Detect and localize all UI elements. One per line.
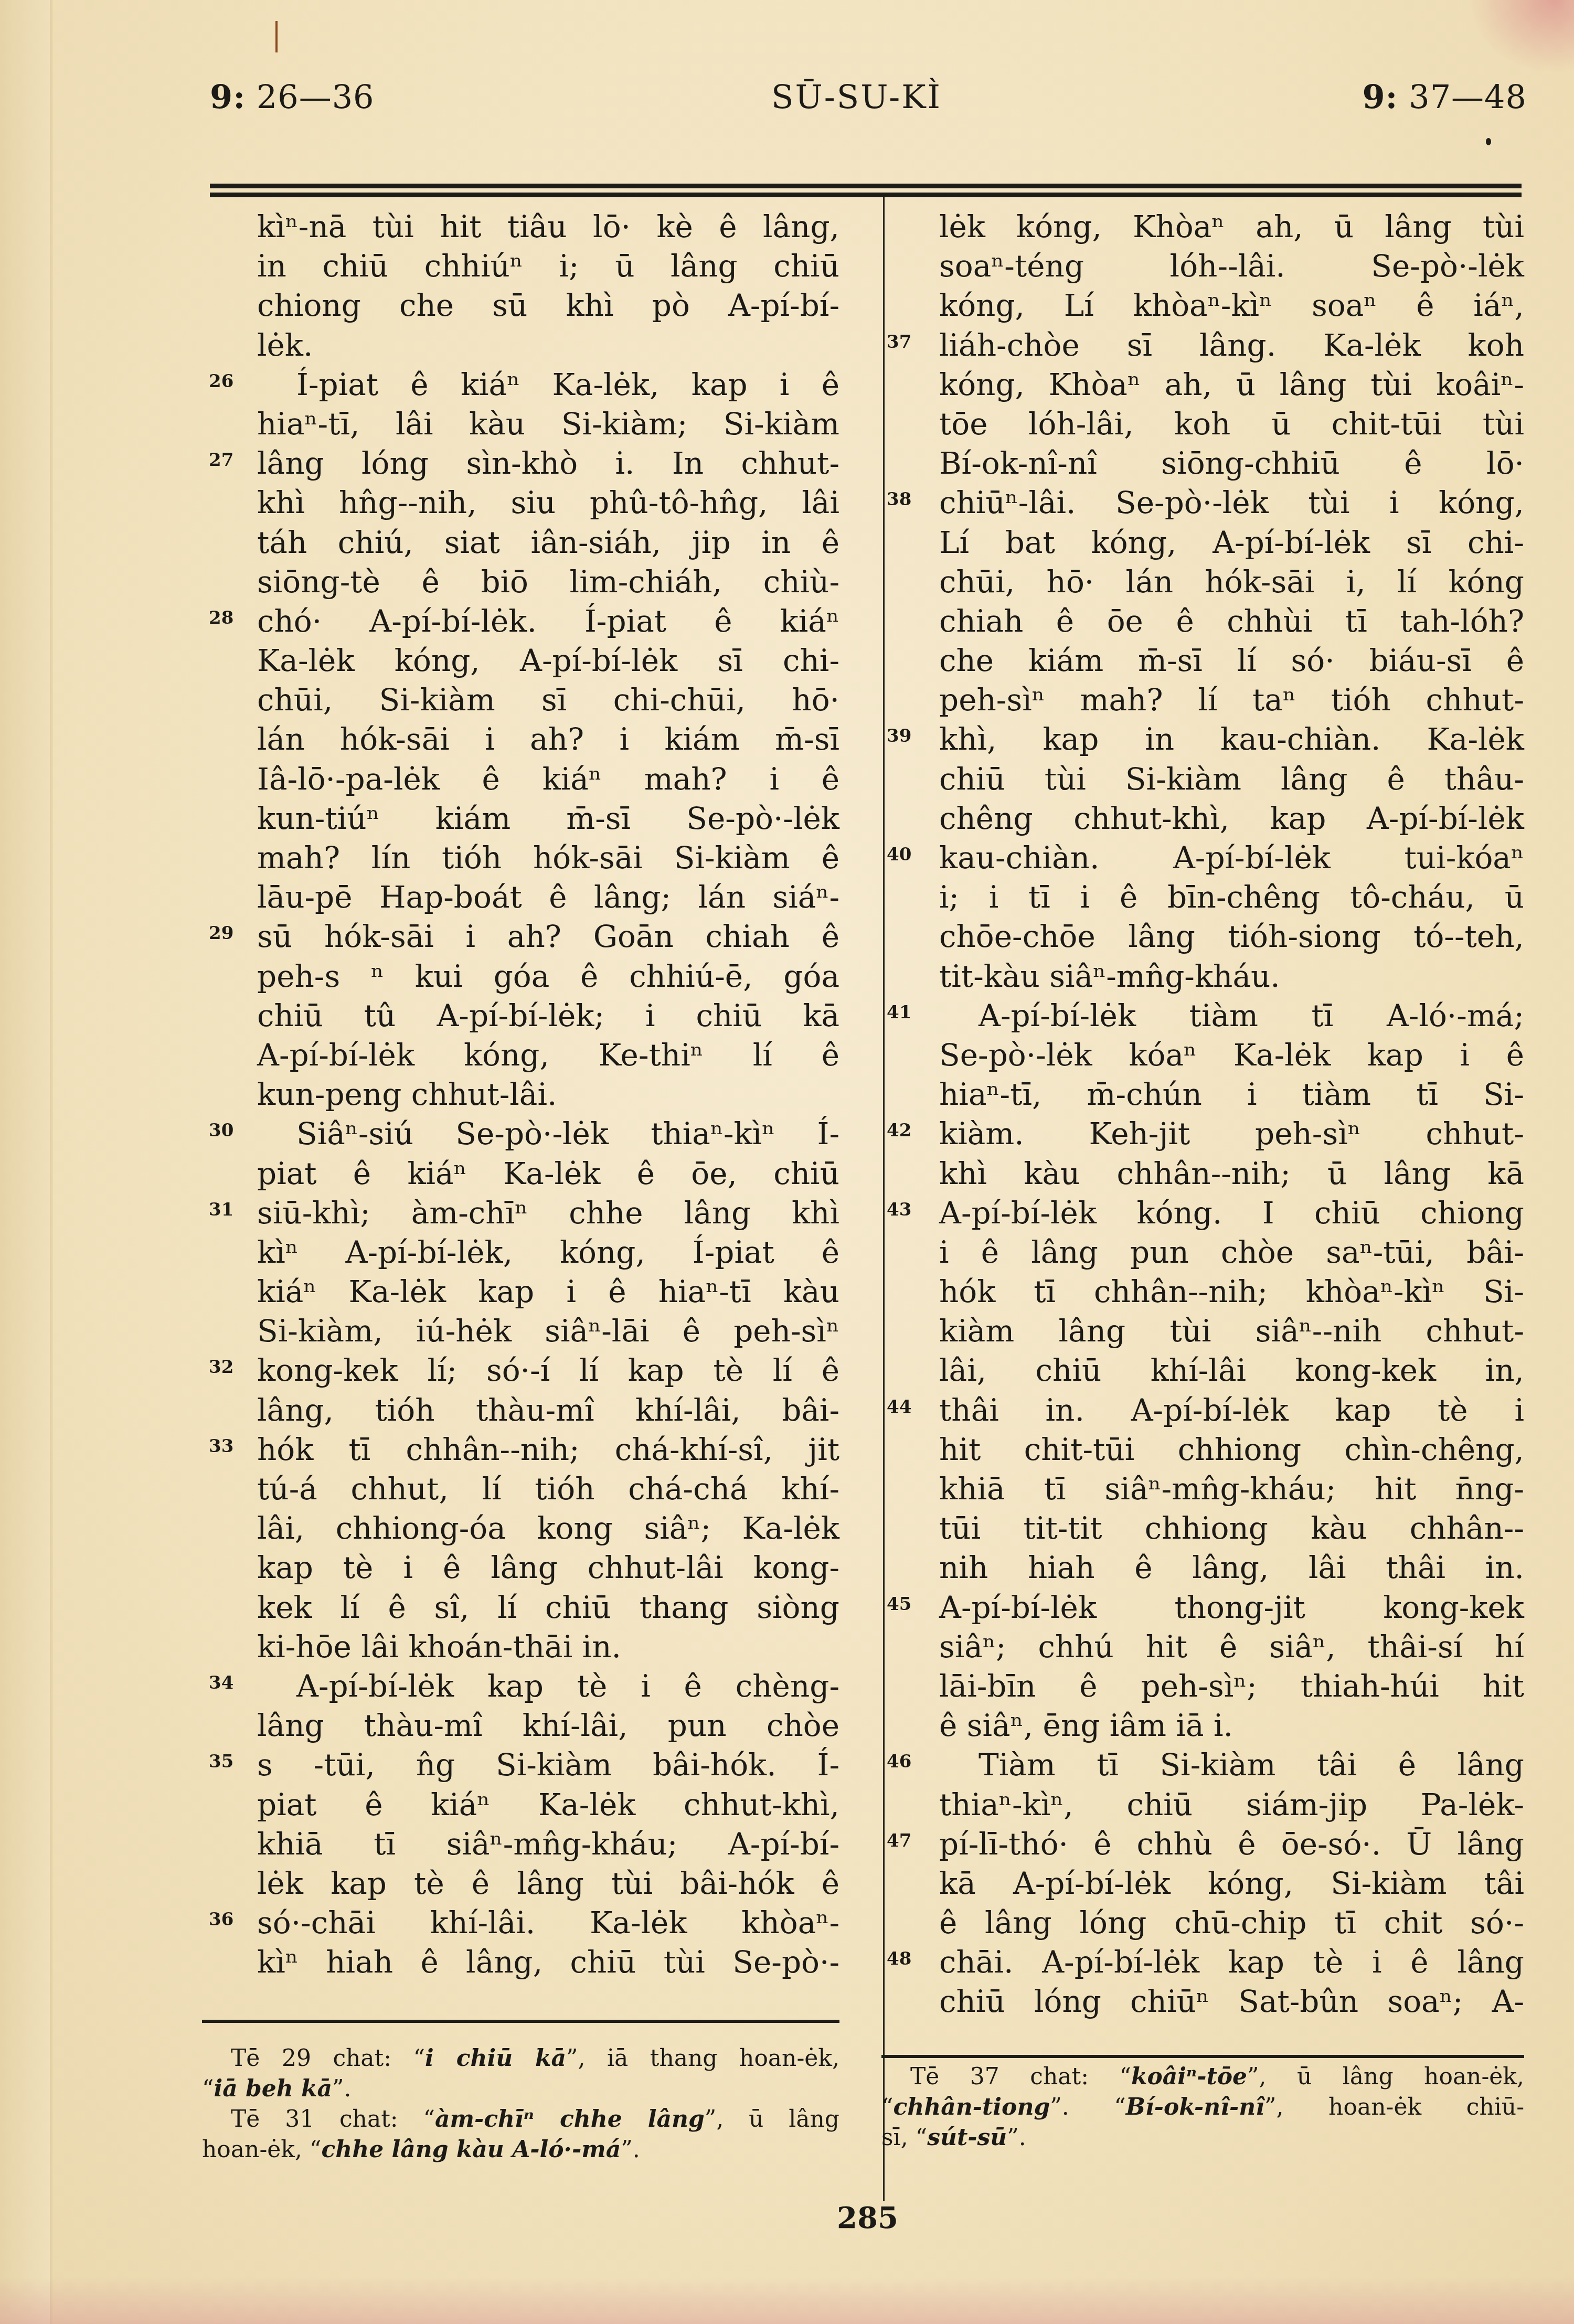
text-line: hit chit-tūi chhiong chìn-chêng, bbox=[939, 1430, 1524, 1469]
line-text: chōe-chōe lâng tióh-siong tó--teh, bbox=[939, 919, 1524, 954]
line-text: kā A-pí-bí-lėk kóng, Si-kiàm tâi bbox=[939, 1865, 1524, 1901]
verse-number: 40 bbox=[887, 835, 911, 875]
verse-number: 47 bbox=[887, 1821, 911, 1861]
line-text: lâng, tióh thàu-mî khí-lâi, bâi- bbox=[257, 1392, 839, 1428]
text-line: 30Siâⁿ-siú Se-pò·-lėk thiaⁿ-kìⁿ Í- bbox=[257, 1114, 839, 1154]
footnote-quote: Bí-ok-nî-nî bbox=[1126, 2094, 1264, 2120]
text-line: che kiám m̄-sī lí só· biáu-sī ê bbox=[939, 641, 1524, 680]
line-text: Si-kiàm, iú-hėk siâⁿ-lāi ê peh-sìⁿ bbox=[257, 1313, 839, 1349]
text-line: 36só·-chāi khí-lâi. Ka-lėk khòaⁿ- bbox=[257, 1903, 839, 1943]
page-number: 285 bbox=[837, 2201, 898, 2235]
verse-number: 41 bbox=[887, 993, 911, 1032]
text-line: 47pí-lī-thó· ê chhù ê ōe-só·. Ū lâng bbox=[939, 1825, 1524, 1864]
verse-number: 28 bbox=[209, 599, 233, 638]
line-text: kiáⁿ Ka-lėk kap i ê hiaⁿ-tī kàu bbox=[257, 1274, 839, 1309]
text-line: 28chó· A-pí-bí-lėk. Í-piat ê kiáⁿ bbox=[257, 602, 839, 641]
left-column: kìⁿ-nā tùi hit tiâu lō· kè ê lâng,in chi… bbox=[257, 207, 839, 1982]
footnote-text: “ bbox=[881, 2094, 894, 2120]
verse-number: 45 bbox=[887, 1585, 911, 1624]
text-line: 39khì, kap in kau-chiàn. Ka-lėk bbox=[939, 720, 1524, 759]
line-text: kiàm lâng tùi siâⁿ--nih chhut- bbox=[939, 1313, 1524, 1349]
line-text: lâi, chiū khí-lâi kong-kek in, bbox=[939, 1352, 1524, 1388]
line-text: chó· A-pí-bí-lėk. Í-piat ê kiáⁿ bbox=[257, 603, 839, 639]
line-text: kóng, Lí khòaⁿ-kìⁿ soaⁿ ê iáⁿ, bbox=[939, 287, 1524, 323]
footnote-text: sī, “ bbox=[881, 2124, 927, 2151]
text-line: lán hók-sāi i ah? i kiám m̄-sī bbox=[257, 720, 839, 759]
line-text: lâi, chhiong-óa kong siâⁿ; Ka-lėk bbox=[257, 1510, 839, 1546]
line-text: Bí-ok-nî-nî siōng-chhiū ê lō· bbox=[939, 445, 1524, 481]
verse-number: 44 bbox=[887, 1388, 911, 1427]
line-text: pí-lī-thó· ê chhù ê ōe-só·. Ū lâng bbox=[939, 1826, 1524, 1862]
footnote-text: “ bbox=[202, 2075, 214, 2102]
text-line: lėk kap tè ê lâng tùi bâi-hók ê bbox=[257, 1864, 839, 1903]
text-line: 45A-pí-bí-lėk thong-jit kong-kek bbox=[939, 1588, 1524, 1627]
line-text: peh-s ⁿ kui góa ê chhiú-ē, góa bbox=[257, 958, 839, 994]
text-line: 38chiūⁿ-lâi. Se-pò·-lėk tùi i kóng, bbox=[939, 483, 1524, 523]
text-line: mah? lín tióh hók-sāi Si-kiàm ê bbox=[257, 838, 839, 878]
footnote-line: “chhân-tiong”. “Bí-ok-nî-nî”, hoan-ėk ch… bbox=[881, 2092, 1524, 2123]
verse-number: 35 bbox=[209, 1742, 233, 1782]
line-text: ê lâng lóng chū-chip tī chit só·- bbox=[939, 1905, 1524, 1941]
line-text: kau-chiàn. A-pí-bí-lėk tui-kóaⁿ bbox=[939, 840, 1524, 876]
line-text: liáh-chòe sī lâng. Ka-lėk koh bbox=[939, 327, 1524, 363]
text-line: in chiū chhiúⁿ i; ū lâng chiū bbox=[257, 247, 839, 286]
line-text: Í-piat ê kiáⁿ Ka-lėk, kap i ê bbox=[296, 367, 839, 402]
text-line: chiū tû A-pí-bí-lėk; i chiū kā bbox=[257, 996, 839, 1036]
text-line: kìⁿ hiah ê lâng, chiū tùi Se-pò·- bbox=[257, 1943, 839, 1982]
line-text: kun-tiúⁿ kiám m̄-sī Se-pò·-lėk bbox=[257, 801, 839, 836]
text-line: lėk kóng, Khòaⁿ ah, ū lâng tùi bbox=[939, 207, 1524, 247]
text-line: i; i tī i ê bīn-chêng tô-cháu, ū bbox=[939, 878, 1524, 917]
footnote-text: Tē 29 chat: “ bbox=[231, 2045, 425, 2072]
footnote-text: ”, iā thang hoan-ėk, bbox=[566, 2045, 839, 2072]
line-text: Ka-lėk kóng, A-pí-bí-lėk sī chi- bbox=[257, 643, 839, 678]
line-text: só·-chāi khí-lâi. Ka-lėk khòaⁿ- bbox=[257, 1905, 839, 1941]
text-line: tit-kàu siâⁿ-mn̂g-kháu. bbox=[939, 957, 1524, 996]
text-line: 32kong-kek lí; só·-í lí kap tè lí ê bbox=[257, 1351, 839, 1390]
left-verse-range: 9: 26—36 bbox=[210, 78, 375, 116]
verse-number: 30 bbox=[209, 1111, 233, 1150]
line-text: A-pí-bí-lėk tiàm tī A-ló·-má; bbox=[979, 998, 1524, 1033]
right-verse-range: 9: 37—48 bbox=[1362, 78, 1527, 116]
line-text: Iâ-lō·-pa-lėk ê kiáⁿ mah? i ê bbox=[257, 761, 839, 797]
footnote-rule-left bbox=[202, 2020, 839, 2023]
footnote-text: ”. bbox=[621, 2136, 640, 2163]
footnote-quote: koâiⁿ-tōe bbox=[1131, 2063, 1247, 2090]
verse-number: 37 bbox=[887, 323, 911, 362]
line-text: soaⁿ-téng lóh--lâi. Se-pò·-lėk bbox=[939, 248, 1524, 284]
line-text: nih hiah ê lâng, lâi thâi in. bbox=[939, 1550, 1524, 1585]
footnote-line: Tē 29 chat: “i chiū kā”, iā thang hoan-ė… bbox=[202, 2043, 839, 2074]
text-line: soaⁿ-téng lóh--lâi. Se-pò·-lėk bbox=[939, 247, 1524, 286]
line-text: khì hn̂g--nih, siu phû-tô-hn̂g, lâi bbox=[257, 485, 839, 520]
text-line: 29sū hók-sāi i ah? Goān chiah ê bbox=[257, 917, 839, 956]
line-text: hit chit-tūi chhiong chìn-chêng, bbox=[939, 1432, 1524, 1467]
line-text: peh-sìⁿ mah? lí taⁿ tióh chhut- bbox=[939, 682, 1524, 718]
line-text: kìⁿ A-pí-bí-lėk, kóng, Í-piat ê bbox=[257, 1234, 839, 1270]
text-line: nih hiah ê lâng, lâi thâi in. bbox=[939, 1548, 1524, 1587]
text-line: 26Í-piat ê kiáⁿ Ka-lėk, kap i ê bbox=[257, 365, 839, 404]
ink-dot bbox=[1486, 138, 1491, 145]
footnote-text: ”, ū lâng hoan-ėk, bbox=[1247, 2063, 1524, 2090]
text-line: 44thâi in. A-pí-bí-lėk kap tè i bbox=[939, 1391, 1524, 1430]
line-text: hók tī chhân--nih; chá-khí-sî, jit bbox=[257, 1432, 839, 1467]
text-line: chūi, Si-kiàm sī chi-chūi, hō· bbox=[257, 680, 839, 720]
stain-top-right bbox=[1469, 0, 1574, 73]
footnote-line: “iā beh kā”. bbox=[202, 2074, 839, 2104]
line-text: lāi-bīn ê peh-sìⁿ; thiah-húi hit bbox=[939, 1668, 1524, 1704]
line-text: lėk kap tè ê lâng tùi bâi-hók ê bbox=[257, 1865, 839, 1901]
line-text: A-pí-bí-lėk thong-jit kong-kek bbox=[939, 1590, 1524, 1625]
footnote-line: Tē 37 chat: “koâiⁿ-tōe”, ū lâng hoan-ėk, bbox=[881, 2062, 1524, 2092]
line-text: chiah ê ōe ê chhùi tī tah-lóh? bbox=[939, 603, 1524, 639]
verse-number: 27 bbox=[209, 441, 233, 480]
text-line: lāi-bīn ê peh-sìⁿ; thiah-húi hit bbox=[939, 1667, 1524, 1706]
text-line: peh-sìⁿ mah? lí taⁿ tióh chhut- bbox=[939, 680, 1524, 720]
line-text: chūi, hō· lán hók-sāi i, lí kóng bbox=[939, 564, 1524, 600]
text-line: lâi, chhiong-óa kong siâⁿ; Ka-lėk bbox=[257, 1509, 839, 1548]
text-line: piat ê kiáⁿ Ka-lėk chhut-khì, bbox=[257, 1785, 839, 1825]
footnote-quote: i chiū kā bbox=[425, 2045, 566, 2072]
text-line: Lí bat kóng, A-pí-bí-lėk sī chi- bbox=[939, 523, 1524, 562]
footnote-rule-right bbox=[881, 2055, 1524, 2058]
line-text: A-pí-bí-lėk kóng. I chiū chiong bbox=[939, 1195, 1524, 1231]
text-line: hók tī chhân--nih; khòaⁿ-kìⁿ Si- bbox=[939, 1272, 1524, 1312]
line-text: chiong che sū khì pò A-pí-bí- bbox=[257, 287, 839, 323]
footnote-quote: àm-chīⁿ chhe lâng bbox=[435, 2106, 705, 2133]
book-title: SŪ-SU-KÌ bbox=[771, 78, 942, 116]
footnote-text: ”. bbox=[1007, 2124, 1026, 2151]
text-line: chiū lóng chiūⁿ Sat-bûn soaⁿ; A- bbox=[939, 1982, 1524, 2021]
text-line: 34A-pí-bí-lėk kap tè i ê chèng- bbox=[257, 1667, 839, 1706]
line-text: siū-khì; àm-chīⁿ chhe lâng khì bbox=[257, 1195, 839, 1231]
line-text: Se-pò·-lėk kóaⁿ Ka-lėk kap i ê bbox=[939, 1037, 1524, 1073]
line-text: tōe lóh-lâi, koh ū chit-tūi tùi bbox=[939, 406, 1524, 442]
verse-number: 36 bbox=[209, 1900, 233, 1939]
line-text: kun-peng chhut-lâi. bbox=[257, 1076, 557, 1112]
verse-number: 29 bbox=[209, 914, 233, 953]
text-line: lāu-pē Hap-boát ê lâng; lán siáⁿ- bbox=[257, 878, 839, 917]
text-line: chiū tùi Si-kiàm lâng ê thâu- bbox=[939, 760, 1524, 799]
verse-number: 34 bbox=[209, 1664, 233, 1703]
text-line: hiaⁿ-tī, lâi kàu Si-kiàm; Si-kiàm bbox=[257, 404, 839, 444]
line-text: lėk. bbox=[257, 327, 313, 363]
verse-number: 43 bbox=[887, 1190, 911, 1230]
footnote-text: hoan-ėk, “ bbox=[202, 2136, 321, 2163]
text-line: kóng, Lí khòaⁿ-kìⁿ soaⁿ ê iáⁿ, bbox=[939, 286, 1524, 325]
footnote-text: ”. bbox=[332, 2075, 351, 2102]
running-head: 9: 26—36 SŪ-SU-KÌ 9: 37—48 bbox=[210, 78, 1527, 120]
line-text: khì kàu chhân--nih; ū lâng kā bbox=[939, 1156, 1524, 1191]
text-line: 27lâng lóng sìn-khò i. In chhut- bbox=[257, 444, 839, 483]
page-fold bbox=[50, 0, 53, 2324]
line-text: lāu-pē Hap-boát ê lâng; lán siáⁿ- bbox=[257, 879, 839, 915]
text-line: 46Tiàm tī Si-kiàm tâi ê lâng bbox=[939, 1745, 1524, 1785]
text-line: Si-kiàm, iú-hėk siâⁿ-lāi ê peh-sìⁿ bbox=[257, 1312, 839, 1351]
previous-page-edge bbox=[0, 0, 50, 2324]
verse-number: 42 bbox=[887, 1111, 911, 1150]
text-line: hiaⁿ-tī, m̄-chún i tiàm tī Si- bbox=[939, 1075, 1524, 1114]
line-text: Siâⁿ-siú Se-pò·-lėk thiaⁿ-kìⁿ Í- bbox=[296, 1116, 839, 1152]
line-text: mah? lín tióh hók-sāi Si-kiàm ê bbox=[257, 840, 839, 876]
text-line: khiā tī siâⁿ-mn̂g-kháu; hit n̄ng- bbox=[939, 1469, 1524, 1509]
line-text: ki-hōe lâi khoán-thāi in. bbox=[257, 1629, 621, 1665]
line-text: A-pí-bí-lėk kóng, Ke-thiⁿ lí ê bbox=[257, 1037, 839, 1073]
line-text: tú-á chhut, lí tióh chá-chá khí- bbox=[257, 1471, 839, 1507]
column-divider bbox=[883, 197, 885, 2201]
line-text: siōng-tè ê biō lim-chiáh, chiù- bbox=[257, 564, 839, 600]
line-text: lán hók-sāi i ah? i kiám m̄-sī bbox=[257, 721, 839, 757]
line-text: chêng chhut-khì, kap A-pí-bí-lėk bbox=[939, 801, 1524, 836]
text-line: 33hók tī chhân--nih; chá-khí-sî, jit bbox=[257, 1430, 839, 1469]
footnote-text: Tē 37 chat: “ bbox=[910, 2063, 1131, 2090]
line-text: chiū tû A-pí-bí-lėk; i chiū kā bbox=[257, 998, 839, 1033]
text-line: khì hn̂g--nih, siu phû-tô-hn̂g, lâi bbox=[257, 483, 839, 523]
line-text: A-pí-bí-lėk kap tè i ê chèng- bbox=[296, 1668, 839, 1704]
line-text: ê siâⁿ, ēng iâm iā i. bbox=[939, 1708, 1233, 1743]
verse-number: 38 bbox=[887, 480, 911, 519]
text-line: kap tè i ê lâng chhut-lâi kong- bbox=[257, 1548, 839, 1587]
line-text: lâng thàu-mî khí-lâi, pun chòe bbox=[257, 1708, 839, 1743]
line-text: s -tūi, n̂g Si-kiàm bâi-hók. Í- bbox=[257, 1747, 839, 1783]
text-line: lâng thàu-mî khí-lâi, pun chòe bbox=[257, 1706, 839, 1745]
header-double-rule bbox=[210, 184, 1522, 197]
text-line: ê lâng lóng chū-chip tī chit só·- bbox=[939, 1903, 1524, 1943]
text-line: kiáⁿ Ka-lėk kap i ê hiaⁿ-tī kàu bbox=[257, 1272, 839, 1312]
footnote-text: ”, ū lâng bbox=[705, 2106, 839, 2133]
line-text: khì, kap in kau-chiàn. Ka-lėk bbox=[939, 721, 1524, 757]
text-line: Se-pò·-lėk kóaⁿ Ka-lėk kap i ê bbox=[939, 1036, 1524, 1075]
line-text: kìⁿ-nā tùi hit tiâu lō· kè ê lâng, bbox=[257, 209, 839, 244]
text-line: i ê lâng pun chòe saⁿ-tūi, bâi- bbox=[939, 1233, 1524, 1272]
line-text: kap tè i ê lâng chhut-lâi kong- bbox=[257, 1550, 839, 1585]
text-line: siōng-tè ê biō lim-chiáh, chiù- bbox=[257, 562, 839, 602]
text-line: kun-peng chhut-lâi. bbox=[257, 1075, 839, 1114]
text-line: 48chāi. A-pí-bí-lėk kap tè i ê lâng bbox=[939, 1943, 1524, 1982]
footnote-line: Tē 31 chat: “àm-chīⁿ chhe lâng”, ū lâng bbox=[202, 2104, 839, 2135]
verse-number: 32 bbox=[209, 1348, 233, 1387]
line-text: chāi. A-pí-bí-lėk kap tè i ê lâng bbox=[939, 1944, 1524, 1980]
verse-number: 31 bbox=[209, 1190, 233, 1230]
line-text: in chiū chhiúⁿ i; ū lâng chiū bbox=[257, 248, 839, 284]
line-text: i ê lâng pun chòe saⁿ-tūi, bâi- bbox=[939, 1234, 1524, 1270]
line-text: chiūⁿ-lâi. Se-pò·-lėk tùi i kóng, bbox=[939, 485, 1524, 520]
text-line: Ka-lėk kóng, A-pí-bí-lėk sī chi- bbox=[257, 641, 839, 680]
text-line: ki-hōe lâi khoán-thāi in. bbox=[257, 1627, 839, 1667]
line-text: chiū lóng chiūⁿ Sat-bûn soaⁿ; A- bbox=[939, 1984, 1524, 2019]
text-line: chiah ê ōe ê chhùi tī tah-lóh? bbox=[939, 602, 1524, 641]
text-line: thiaⁿ-kìⁿ, chiū siám-jip Pa-lėk- bbox=[939, 1785, 1524, 1825]
paper-mark bbox=[275, 21, 278, 52]
line-text: kek lí ê sî, lí chiū thang siòng bbox=[257, 1590, 839, 1625]
text-line: kek lí ê sî, lí chiū thang siòng bbox=[257, 1588, 839, 1627]
line-text: tit-kàu siâⁿ-mn̂g-kháu. bbox=[939, 958, 1280, 994]
line-text: tūi tit-tit chhiong kàu chhân-- bbox=[939, 1510, 1524, 1546]
text-line: chōe-chōe lâng tióh-siong tó--teh, bbox=[939, 917, 1524, 956]
text-line: chiong che sū khì pò A-pí-bí- bbox=[257, 286, 839, 325]
line-text: siâⁿ; chhú hit ê siâⁿ, thâi-sí hí bbox=[939, 1629, 1524, 1665]
line-text: che kiám m̄-sī lí só· biáu-sī ê bbox=[939, 643, 1524, 678]
line-text: thiaⁿ-kìⁿ, chiū siám-jip Pa-lėk- bbox=[939, 1787, 1524, 1822]
text-line: 43A-pí-bí-lėk kóng. I chiū chiong bbox=[939, 1193, 1524, 1233]
text-line: Bí-ok-nî-nî siōng-chhiū ê lō· bbox=[939, 444, 1524, 483]
text-line: piat ê kiáⁿ Ka-lėk ê ōe, chiū bbox=[257, 1154, 839, 1193]
text-line: tūi tit-tit chhiong kàu chhân-- bbox=[939, 1509, 1524, 1548]
line-text: sū hók-sāi i ah? Goān chiah ê bbox=[257, 919, 839, 954]
line-text: táh chiú, siat iân-siáh, jip in ê bbox=[257, 525, 839, 560]
line-text: kóng, Khòaⁿ ah, ū lâng tùi koâiⁿ- bbox=[939, 367, 1524, 402]
text-line: lâi, chiū khí-lâi kong-kek in, bbox=[939, 1351, 1524, 1390]
text-line: kóng, Khòaⁿ ah, ū lâng tùi koâiⁿ- bbox=[939, 365, 1524, 404]
line-text: thâi in. A-pí-bí-lėk kap tè i bbox=[939, 1392, 1524, 1428]
line-text: Lí bat kóng, A-pí-bí-lėk sī chi- bbox=[939, 525, 1524, 560]
text-line: kā A-pí-bí-lėk kóng, Si-kiàm tâi bbox=[939, 1864, 1524, 1903]
stain-bottom bbox=[0, 2277, 1574, 2324]
text-line: kìⁿ A-pí-bí-lėk, kóng, Í-piat ê bbox=[257, 1233, 839, 1272]
line-text: i; i tī i ê bīn-chêng tô-cháu, ū bbox=[939, 879, 1524, 915]
footnote-line: hoan-ėk, “chhe lâng kàu A-ló·-má”. bbox=[202, 2135, 839, 2165]
line-text: hiaⁿ-tī, m̄-chún i tiàm tī Si- bbox=[939, 1076, 1524, 1112]
footnote-text: Tē 31 chat: “ bbox=[231, 2106, 435, 2133]
text-line: Iâ-lō·-pa-lėk ê kiáⁿ mah? i ê bbox=[257, 760, 839, 799]
text-line: siâⁿ; chhú hit ê siâⁿ, thâi-sí hí bbox=[939, 1627, 1524, 1667]
line-text: chūi, Si-kiàm sī chi-chūi, hō· bbox=[257, 682, 839, 718]
text-line: 40kau-chiàn. A-pí-bí-lėk tui-kóaⁿ bbox=[939, 838, 1524, 878]
text-line: ê siâⁿ, ēng iâm iā i. bbox=[939, 1706, 1524, 1745]
verse-number: 46 bbox=[887, 1742, 911, 1782]
line-text: piat ê kiáⁿ Ka-lėk ê ōe, chiū bbox=[257, 1156, 839, 1191]
line-text: piat ê kiáⁿ Ka-lėk chhut-khì, bbox=[257, 1787, 839, 1822]
verse-number: 39 bbox=[887, 717, 911, 756]
book-page: 9: 26—36 SŪ-SU-KÌ 9: 37—48 kìⁿ-nā tùi hi… bbox=[0, 0, 1574, 2324]
text-line: 35s -tūi, n̂g Si-kiàm bâi-hók. Í- bbox=[257, 1745, 839, 1785]
text-line: kiàm lâng tùi siâⁿ--nih chhut- bbox=[939, 1312, 1524, 1351]
footnotes-left: Tē 29 chat: “i chiū kā”, iā thang hoan-ė… bbox=[202, 2043, 839, 2165]
footnote-text: ”. “ bbox=[1050, 2094, 1126, 2120]
text-line: 41A-pí-bí-lėk tiàm tī A-ló·-má; bbox=[939, 996, 1524, 1036]
footnote-quote: iā beh kā bbox=[214, 2075, 333, 2102]
verse-number: 33 bbox=[209, 1427, 233, 1466]
line-text: chiū tùi Si-kiàm lâng ê thâu- bbox=[939, 761, 1524, 797]
text-line: kìⁿ-nā tùi hit tiâu lō· kè ê lâng, bbox=[257, 207, 839, 247]
line-text: lâng lóng sìn-khò i. In chhut- bbox=[257, 445, 839, 481]
line-text: kong-kek lí; só·-í lí kap tè lí ê bbox=[257, 1352, 839, 1388]
footnote-line: sī, “sút-sū”. bbox=[881, 2123, 1524, 2153]
footnote-quote: chhe lâng kàu A-ló·-má bbox=[321, 2136, 621, 2163]
text-line: lâng, tióh thàu-mî khí-lâi, bâi- bbox=[257, 1391, 839, 1430]
line-text: Tiàm tī Si-kiàm tâi ê lâng bbox=[979, 1747, 1524, 1783]
text-line: 42kiàm. Keh-jit peh-sìⁿ chhut- bbox=[939, 1114, 1524, 1154]
text-line: kun-tiúⁿ kiám m̄-sī Se-pò·-lėk bbox=[257, 799, 839, 838]
text-line: lėk. bbox=[257, 326, 839, 365]
text-line: chūi, hō· lán hók-sāi i, lí kóng bbox=[939, 562, 1524, 602]
text-line: tú-á chhut, lí tióh chá-chá khí- bbox=[257, 1469, 839, 1509]
line-text: hiaⁿ-tī, lâi kàu Si-kiàm; Si-kiàm bbox=[257, 406, 839, 442]
text-line: peh-s ⁿ kui góa ê chhiú-ē, góa bbox=[257, 957, 839, 996]
line-text: lėk kóng, Khòaⁿ ah, ū lâng tùi bbox=[939, 209, 1524, 244]
line-text: khiā tī siâⁿ-mn̂g-kháu; A-pí-bí- bbox=[257, 1826, 839, 1862]
footnote-quote: chhân-tiong bbox=[894, 2094, 1050, 2120]
line-text: hók tī chhân--nih; khòaⁿ-kìⁿ Si- bbox=[939, 1274, 1524, 1309]
text-line: táh chiú, siat iân-siáh, jip in ê bbox=[257, 523, 839, 562]
line-text: kìⁿ hiah ê lâng, chiū tùi Se-pò·- bbox=[257, 1944, 839, 1980]
right-column: lėk kóng, Khòaⁿ ah, ū lâng tùisoaⁿ-téng … bbox=[939, 207, 1524, 2022]
text-line: 31siū-khì; àm-chīⁿ chhe lâng khì bbox=[257, 1193, 839, 1233]
text-line: tōe lóh-lâi, koh ū chit-tūi tùi bbox=[939, 404, 1524, 444]
footnotes-right: Tē 37 chat: “koâiⁿ-tōe”, ū lâng hoan-ėk,… bbox=[881, 2062, 1524, 2153]
line-text: khiā tī siâⁿ-mn̂g-kháu; hit n̄ng- bbox=[939, 1471, 1524, 1507]
line-text: kiàm. Keh-jit peh-sìⁿ chhut- bbox=[939, 1116, 1524, 1152]
footnote-quote: sút-sū bbox=[927, 2124, 1007, 2151]
text-line: khì kàu chhân--nih; ū lâng kā bbox=[939, 1154, 1524, 1193]
text-line: A-pí-bí-lėk kóng, Ke-thiⁿ lí ê bbox=[257, 1036, 839, 1075]
verse-number: 26 bbox=[209, 362, 233, 401]
verse-number: 48 bbox=[887, 1939, 911, 1979]
text-line: khiā tī siâⁿ-mn̂g-kháu; A-pí-bí- bbox=[257, 1825, 839, 1864]
text-line: 37liáh-chòe sī lâng. Ka-lėk koh bbox=[939, 326, 1524, 365]
text-line: chêng chhut-khì, kap A-pí-bí-lėk bbox=[939, 799, 1524, 838]
footnote-text: ”, hoan-ėk chiū- bbox=[1264, 2094, 1524, 2120]
